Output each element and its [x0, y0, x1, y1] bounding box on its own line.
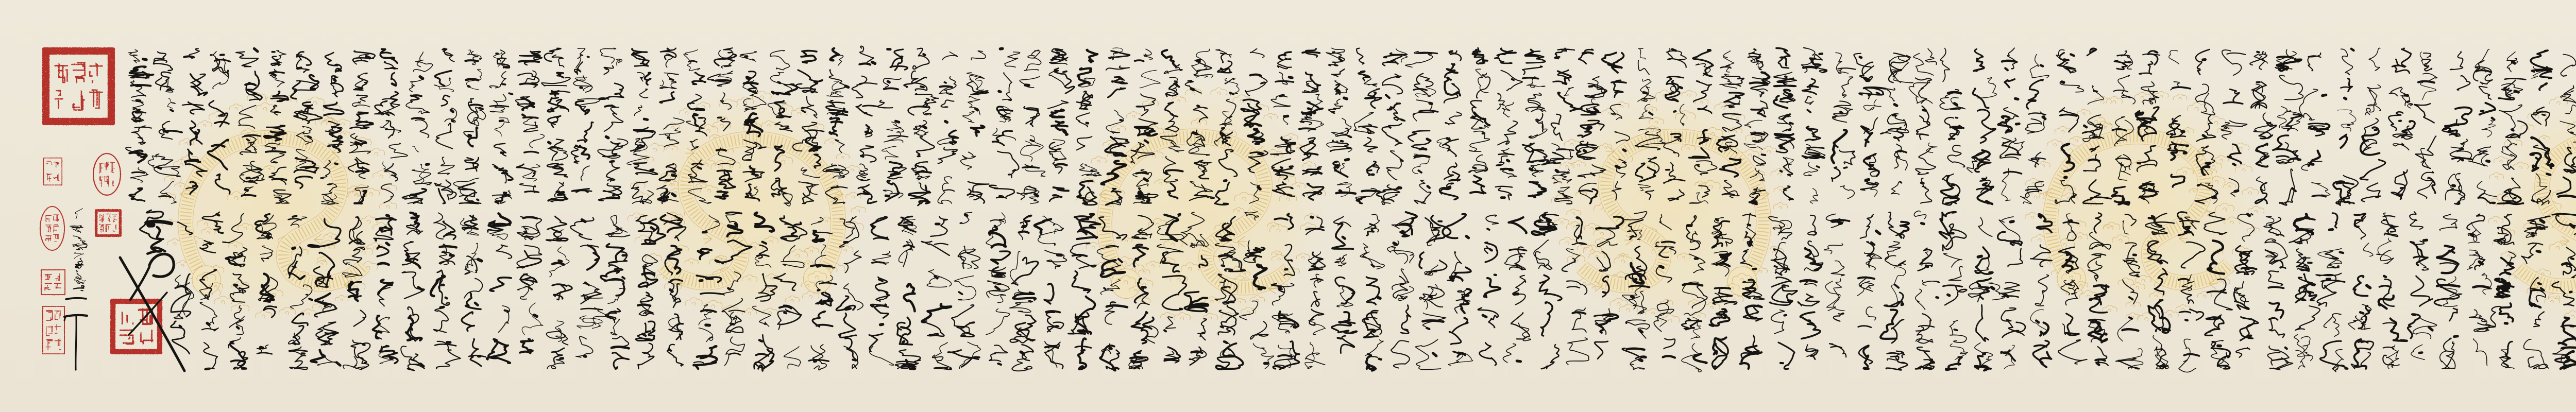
ink-brushwork — [0, 0, 2576, 412]
calligraphy-scroll: 乾隆御覽之寶 石渠寶笈 嘉慶御覽之寶 御書房鑑藏寶 宣統御覽之寶 宣統鑑賞 無逸… — [0, 0, 2576, 412]
